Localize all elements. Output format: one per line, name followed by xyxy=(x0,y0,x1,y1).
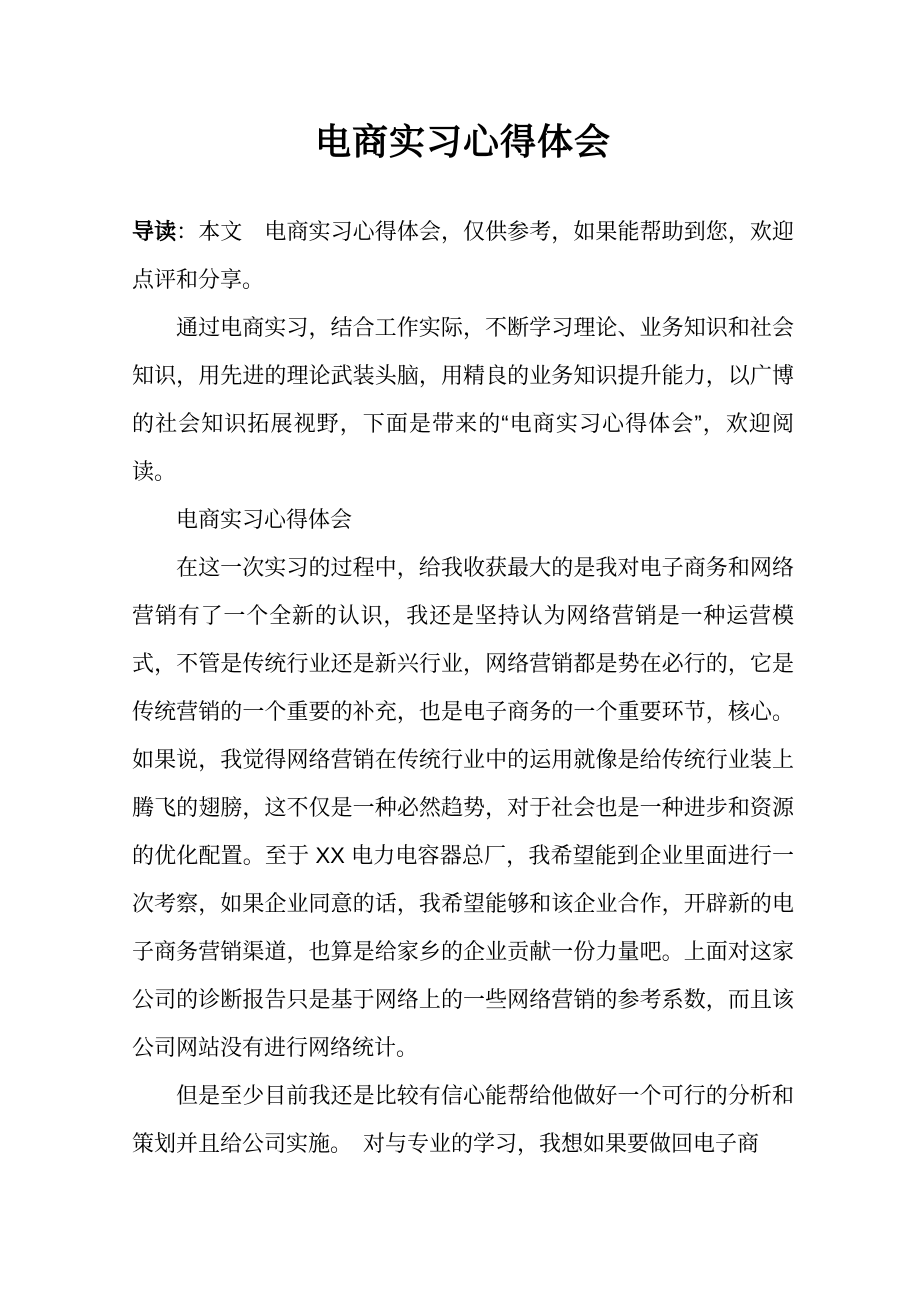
document-title: 电商实习心得体会 xyxy=(132,120,794,164)
paragraph: 通过电商实习，结合工作实际，不断学习理论、业务知识和社会知识，用先进的理论武装头… xyxy=(132,304,794,496)
paragraph: 但是至少目前我还是比较有信心能帮给他做好一个可行的分析和策划并且给公司实施。 对… xyxy=(132,1072,794,1168)
paragraph: 在这一次实习的过程中，给我收获最大的是我对电子商务和网络营销有了一个全新的认识，… xyxy=(132,544,794,1072)
lead-label: 导读 xyxy=(132,219,176,244)
lead-paragraph: 导读：本文 电商实习心得体会，仅供参考，如果能帮助到您，欢迎点评和分享。 xyxy=(132,208,794,304)
lead-text: ：本文 电商实习心得体会，仅供参考，如果能帮助到您，欢迎点评和分享。 xyxy=(132,219,794,292)
paragraph-list: 通过电商实习，结合工作实际，不断学习理论、业务知识和社会知识，用先进的理论武装头… xyxy=(132,304,794,1168)
document-body: 导读：本文 电商实习心得体会，仅供参考，如果能帮助到您，欢迎点评和分享。 通过电… xyxy=(132,208,794,1168)
paragraph: 电商实习心得体会 xyxy=(132,496,794,544)
document-page: 电商实习心得体会 导读：本文 电商实习心得体会，仅供参考，如果能帮助到您，欢迎点… xyxy=(0,0,920,1302)
